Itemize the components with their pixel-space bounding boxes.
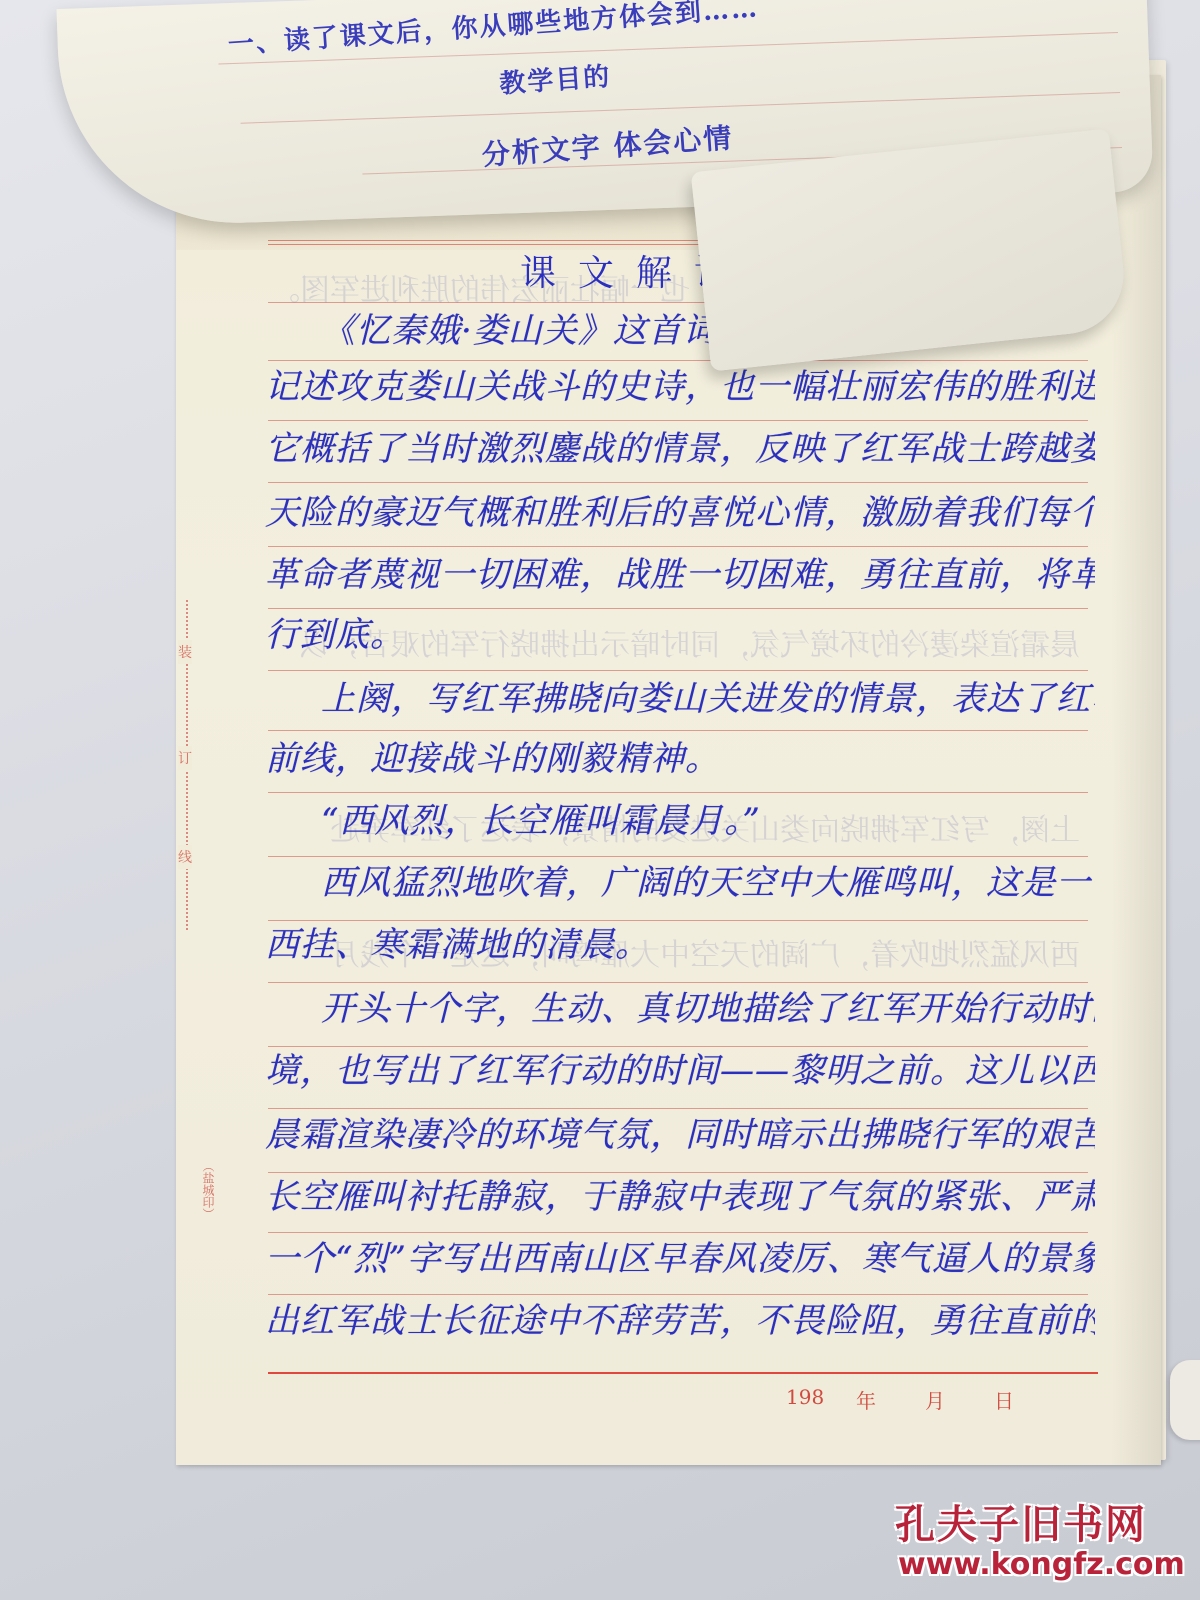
text-line: 西挂、寒霜满地的清晨。 — [265, 914, 1095, 976]
text-line: 一个“烈”字写出西南山区早春风凌厉、寒气逼人的景象，反衬 — [265, 1228, 1095, 1290]
text-line: 晨霜渲染凄冷的环境气氛，同时暗示出拂晓行军的艰苦；以 — [265, 1104, 1095, 1166]
footer-year-unit: 年 — [856, 1385, 876, 1414]
watermark-site-name: 孔夫子旧书网 — [895, 1493, 1147, 1550]
text-line: 它概括了当时激烈鏖战的情景，反映了红军战士跨越娄山关 — [265, 418, 1095, 480]
text-line: 上阕，写红军拂晓向娄山关进发的情景，表达了红军奔赴 — [265, 668, 1095, 730]
binding-label-char: 线 — [178, 845, 192, 869]
text-line: 境，也写出了红军行动的时间——黎明之前。这儿以西风、 — [265, 1040, 1095, 1102]
peel-text-line-1: 一、读了课文后，你从哪些地方体会到…… — [227, 0, 760, 61]
footer-day-unit: 日 — [994, 1385, 1014, 1414]
poem-quote: “西风烈，长空雁叫霜晨月。” — [265, 790, 1095, 852]
printer-stamp: （盐城印） — [200, 1160, 217, 1220]
binding-label-char: 装 — [178, 640, 192, 664]
text-line: 天险的豪迈气概和胜利后的喜悦心情，激励着我们每个 — [265, 482, 1095, 544]
text-line: 开头十个字，生动、真切地描绘了红军开始行动时的环 — [265, 978, 1095, 1040]
text-line: 革命者蔑视一切困难，战胜一切困难，勇往直前，将革命进 — [265, 544, 1095, 606]
peel-text-line-2: 教学目的 — [498, 56, 612, 101]
binding-label-char: 订 — [178, 746, 192, 770]
adjacent-paper-edge — [1170, 1360, 1200, 1440]
watermark-url: www.kongfz.com — [898, 1547, 1185, 1582]
text-line: 前线，迎接战斗的刚毅精神。 — [265, 728, 1095, 790]
text-line: 行到底。 — [265, 604, 1095, 666]
text-line: 长空雁叫衬托静寂，于静寂中表现了气氛的紧张、严肃。 — [265, 1166, 1095, 1228]
text-line: 西风猛烈地吹着，广阔的天空中大雁鸣叫，这是一个残月 — [265, 852, 1095, 914]
bottom-red-rule — [268, 1372, 1098, 1374]
text-line: 记述攻克娄山关战斗的史诗，也一幅壮丽宏伟的胜利进军图。 — [265, 356, 1095, 418]
footer-year: 198 — [786, 1385, 824, 1409]
footer-month-unit: 月 — [925, 1385, 945, 1414]
text-line: 出红军战士长征途中不辞劳苦，不畏险阻，勇往直前的革命意志。 — [265, 1290, 1095, 1352]
